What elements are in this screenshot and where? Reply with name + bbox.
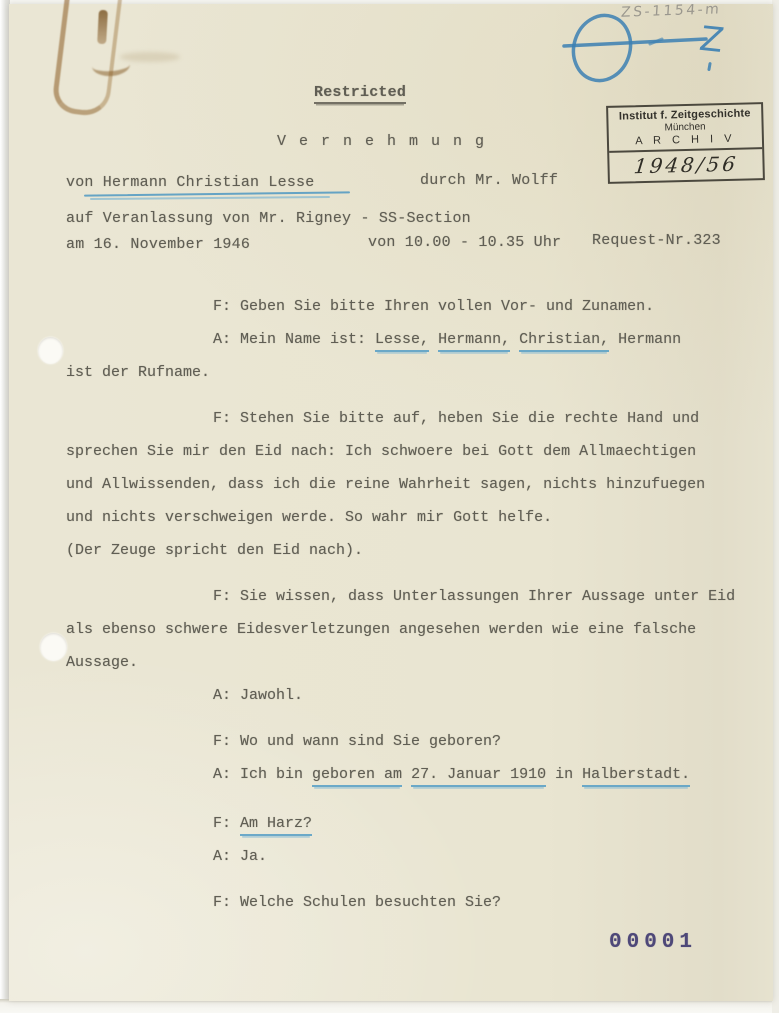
typed-text: F: Sie wissen, dass Unterlassungen Ihrer… [213,588,735,605]
typed-line: A: Ich bin geboren am 27. Januar 1910 in… [66,758,726,791]
typed-text: A: Ja. [213,848,267,865]
document-title: V e r n e h m u n g [277,134,486,149]
typed-text: Aussage. [66,654,138,671]
punch-hole [38,337,63,364]
interrogator-line: durch Mr. Wolff [420,173,558,188]
interrogated-person-line: von Hermann Christian Lesse [66,175,314,190]
typed-text: sprechen Sie mir den Eid nach: Ich schwo… [66,443,696,460]
scanned-document-page: ZS-1154-m Z Institut f. Zeitgeschichte M… [0,0,779,1013]
typed-text: als ebenso schwere Eidesverletzungen ang… [66,621,696,638]
stamp-accession-number: 1948/56 [608,149,764,182]
typed-line: sprechen Sie mir den Eid nach: Ich schwo… [66,435,726,468]
typed-text: und nichts verschweigen werde. So wahr m… [66,509,552,526]
typed-text: ist der Rufname. [66,364,210,381]
rust-smudge [120,52,180,62]
paragraph: F: Geben Sie bitte Ihren vollen Vor- und… [66,290,726,389]
typed-line: F: Wo und wann sind Sie geboren? [66,725,726,758]
scan-edge-right [772,0,779,1013]
paragraph: F: Wo und wann sind Sie geboren?A: Ich b… [66,725,726,791]
blue-underlined-text: 27. Januar 1910 [411,766,546,787]
typed-line: F: Sie wissen, dass Unterlassungen Ihrer… [66,580,726,613]
typed-text: F: Welche Schulen besuchten Sie? [213,894,501,911]
typed-text: A: Ich bin [213,766,312,783]
typed-text: und Allwissenden, dass ich die reine Wah… [66,476,705,493]
typed-text: (Der Zeuge spricht den Eid nach). [66,542,363,559]
typed-line: A: Jawohl. [66,679,726,712]
blue-underlined-text: Halberstadt. [582,766,690,787]
blue-underlined-text: Hermann, [438,331,510,352]
typed-line: (Der Zeuge spricht den Eid nach). [66,534,726,567]
typed-line: F: Geben Sie bitte Ihren vollen Vor- und… [66,290,726,323]
typed-line: A: Ja. [66,840,726,873]
order-line: auf Veranlassung von Mr. Rigney - SS-Sec… [66,211,471,226]
typed-text [510,331,519,348]
typed-text: in [546,766,582,783]
archive-stamp: Institut f. Zeitgeschichte München A R C… [606,102,765,184]
typed-text: F: Geben Sie bitte Ihren vollen Vor- und… [213,298,654,315]
typed-text [429,331,438,348]
typed-text: F: Wo und wann sind Sie geboren? [213,733,501,750]
typed-text: A: Mein Name ist: [213,331,375,348]
typed-line: F: Stehen Sie bitte auf, heben Sie die r… [66,402,726,435]
rust-stain [97,10,108,44]
typed-text: A: Jawohl. [213,687,303,704]
typed-text: Hermann [609,331,681,348]
typed-text [402,766,411,783]
paragraph: F: Sie wissen, dass Unterlassungen Ihrer… [66,580,726,712]
typed-text: F: [213,815,240,832]
typed-line: A: Mein Name ist: Lesse, Hermann, Christ… [66,323,726,356]
paragraph: F: Am Harz?A: Ja. [66,807,726,873]
blue-underlined-text: geboren am [312,766,402,787]
punch-hole [40,633,67,661]
blue-underlined-text: Christian, [519,331,609,352]
paragraph: F: Stehen Sie bitte auf, heben Sie die r… [66,402,726,567]
typed-text: F: Stehen Sie bitte auf, heben Sie die r… [213,410,699,427]
paragraph: F: Welche Schulen besuchten Sie? [66,886,726,919]
typed-line: Aussage. [66,646,726,679]
blue-underlined-text: Lesse, [375,331,429,352]
date-line: am 16. November 1946 [66,237,250,252]
page-number-stamp: 00001 [609,931,697,954]
blue-underlined-text: Am Harz? [240,815,312,836]
typed-line: als ebenso schwere Eidesverletzungen ang… [66,613,726,646]
classification-label: Restricted [314,85,406,104]
typed-line: F: Am Harz? [66,807,726,840]
request-number: Request-Nr.323 [592,233,721,248]
blue-crayon-crossed-mark [558,8,718,88]
typed-line: und nichts verschweigen werde. So wahr m… [66,501,726,534]
typed-line: F: Welche Schulen besuchten Sie? [66,886,726,919]
typed-line: und Allwissenden, dass ich die reine Wah… [66,468,726,501]
typed-line: ist der Rufname. [66,356,726,389]
scan-edge-bottom [0,999,779,1013]
document-body: F: Geben Sie bitte Ihren vollen Vor- und… [66,290,726,919]
time-line: von 10.00 - 10.35 Uhr [368,235,561,250]
